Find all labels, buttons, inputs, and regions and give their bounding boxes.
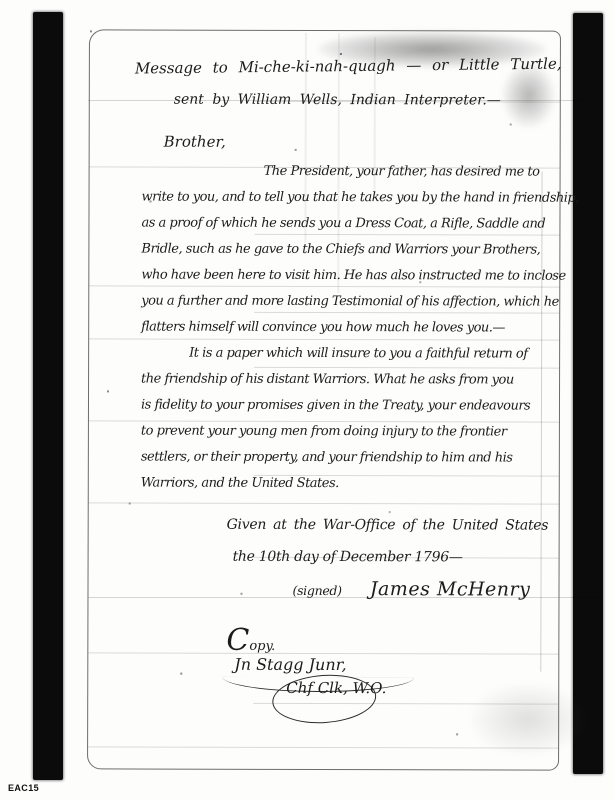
signature-line: (signed) James McHenry: [140, 573, 548, 608]
scan-artifact-right-bar: [573, 13, 603, 774]
scan-line: [88, 746, 558, 748]
body-line: the friendship of his distant Warriors. …: [141, 367, 569, 394]
body-line: is fidelity to your promises given in th…: [141, 393, 569, 420]
body-line: write to you, and to tell you that he ta…: [141, 185, 569, 212]
signature-james-mchenry: James McHenry: [370, 578, 531, 600]
body-line: who have been here to visit him. He has …: [141, 263, 569, 290]
letter-title-line1: Message to Mi-che-ki-nah-quagh — or Litt…: [135, 55, 562, 78]
body-line: Bridle, such as he gave to the Chiefs an…: [141, 237, 569, 264]
closing-place-line: Given at the War-Office of the United St…: [141, 509, 549, 542]
scan-speckles: [90, 30, 92, 32]
copy-annotation: Copy.: [226, 623, 275, 658]
body-line: as a proof of which he sends you a Dress…: [141, 211, 569, 238]
archive-code-label: EAC15: [8, 783, 39, 793]
clerk-signature-name: Jn Stagg Junr,: [234, 655, 346, 674]
scan-artifact-left-bar: [33, 12, 63, 780]
letter-body: The President, your father, has desired …: [141, 159, 570, 498]
body-line: you a further and more lasting Testimoni…: [141, 289, 569, 316]
salutation: Brother,: [164, 133, 226, 151]
body-line: The President, your father, has desired …: [142, 159, 570, 186]
scanned-letter-document: Message to Mi-che-ki-nah-quagh — or Litt…: [0, 0, 614, 800]
body-line: flatters himself will convince you how m…: [141, 315, 569, 342]
signed-label: (signed): [292, 583, 341, 598]
letter-title-line2: sent by William Wells, Indian Interprete…: [174, 92, 501, 109]
letter-page: Message to Mi-che-ki-nah-quagh — or Litt…: [87, 29, 561, 770]
body-line: to prevent your young men from doing inj…: [141, 419, 569, 446]
closing-date-line: the 10th day of December 1796—: [141, 541, 549, 574]
scan-smudge: [470, 683, 585, 755]
body-line: It is a paper which will insure to you a…: [141, 341, 569, 368]
body-line: Warriors, and the United States.: [141, 471, 569, 498]
letter-closing: Given at the War-Office of the United St…: [140, 509, 548, 608]
clerk-signature-title: Chf Clk, W.O.: [286, 679, 386, 697]
body-line: settlers, or their property, and your fr…: [141, 445, 569, 472]
scan-line: [89, 502, 559, 504]
